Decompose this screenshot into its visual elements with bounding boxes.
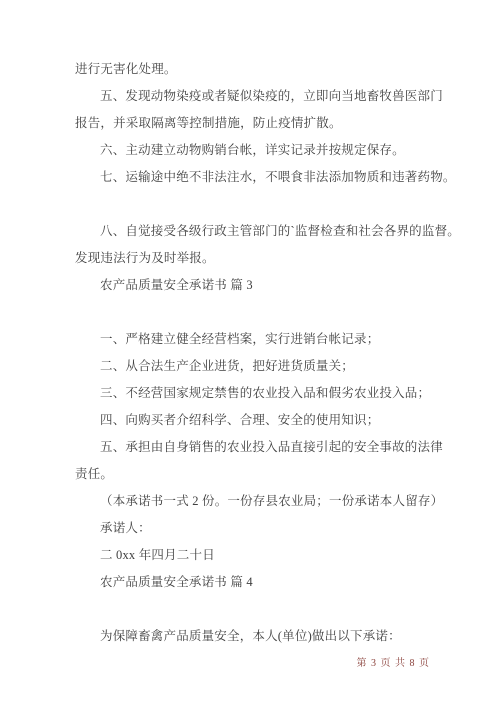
page-footer: 第 3 页 共 8 页 [357,654,431,669]
paragraph-line: 发现违法行为及时举报。 [75,245,440,272]
document-page: 进行无害化处理。五、发现动物染疫或者疑似染疫的，立即向当地畜牧兽医部门报告，并采… [0,0,500,708]
section-title-pian-4: 农产品质量安全承诺书 篇 4 [75,569,440,596]
list-item-7: 七、运输途中绝不非法注水，不喂食非法添加物质和违著药物。 [75,164,440,191]
list-item-1: 一、严格建立健全经营档案，实行进销台帐记录； [75,326,440,353]
signer-line: 承诺人： [75,515,440,542]
blank-line [75,299,440,326]
section-title-pian-3: 农产品质量安全承诺书 篇 3 [75,272,440,299]
list-item-6: 六、主动建立动物购销台帐，详实记录并按规定保存。 [75,137,440,164]
intro-line: 为保障畜禽产品质量安全，本人(单位)做出以下承诺： [75,623,440,650]
paragraph-line: 报告，并采取隔离等控制措施，防止疫情扩散。 [75,110,440,137]
list-item-5: 五、发现动物染疫或者疑似染疫的，立即向当地畜牧兽医部门 [75,83,440,110]
list-item-5b: 五、承担由自身销售的农业投入品直接引起的安全事故的法律 [75,434,440,461]
paragraph-line: 责任。 [75,461,440,488]
paragraph-line: 进行无害化处理。 [75,56,440,83]
blank-line [75,596,440,623]
list-item-8: 八、自觉接受各级行政主管部门的`监督检查和社会各界的监督。 [75,218,440,245]
blank-line [75,191,440,218]
list-item-2: 二、从合法生产企业进货，把好进货质量关； [75,353,440,380]
document-body: 进行无害化处理。五、发现动物染疫或者疑似染疫的，立即向当地畜牧兽医部门报告，并采… [0,0,500,650]
list-item-3: 三、不经营国家规定禁售的农业投入品和假劣农业投入品； [75,380,440,407]
date-line: 二 0xx 年四月二十日 [75,542,440,569]
list-item-4: 四、向购买者介绍科学、合理、安全的使用知识； [75,407,440,434]
note-line: （本承诺书一式 2 份。一份存县农业局；一份承诺本人留存） [75,488,440,515]
